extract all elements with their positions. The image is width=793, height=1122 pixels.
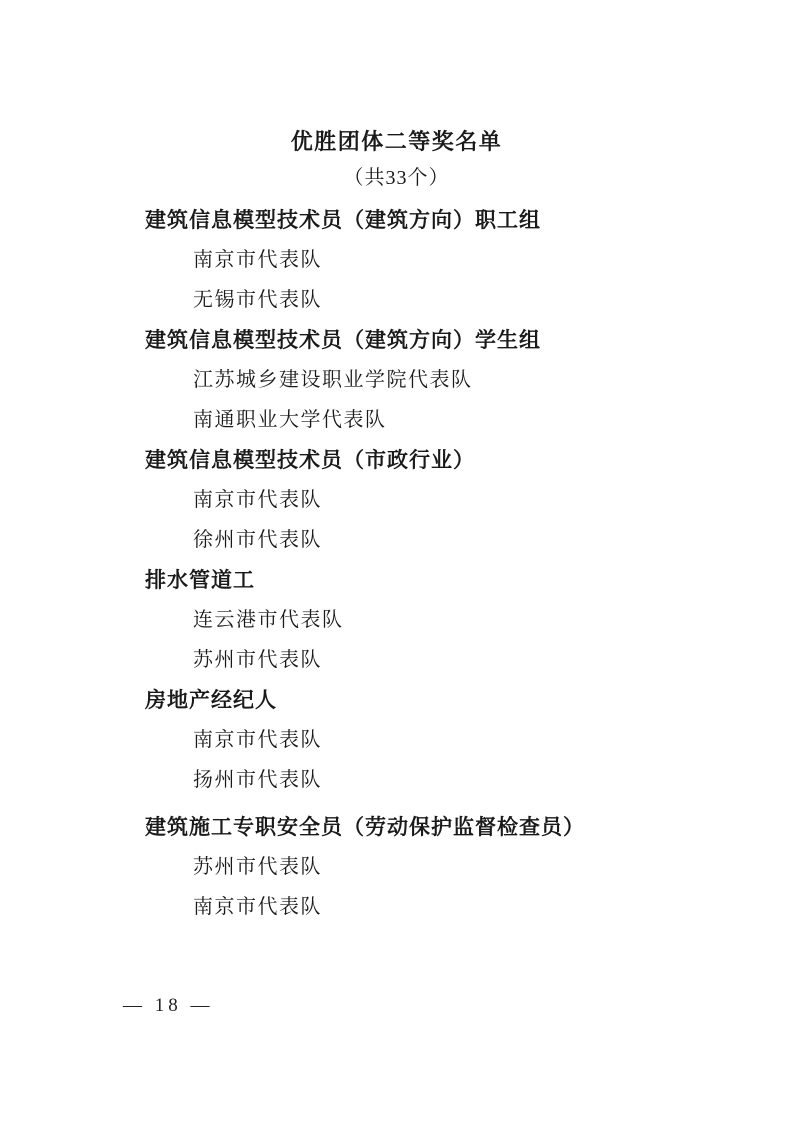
section-heading: 建筑施工专职安全员（劳动保护监督检查员）: [145, 807, 733, 847]
team-item: 徐州市代表队: [145, 520, 733, 560]
award-section: 建筑信息模型技术员（市政行业） 南京市代表队 徐州市代表队: [145, 440, 733, 560]
team-item: 苏州市代表队: [145, 640, 733, 680]
team-item: 南通职业大学代表队: [145, 400, 733, 440]
team-item: 南京市代表队: [145, 480, 733, 520]
team-item: 南京市代表队: [145, 887, 733, 927]
team-item: 扬州市代表队: [145, 760, 733, 800]
award-section: 建筑施工专职安全员（劳动保护监督检查员） 苏州市代表队 南京市代表队: [145, 807, 733, 927]
award-sections: 建筑信息模型技术员（建筑方向）职工组 南京市代表队 无锡市代表队 建筑信息模型技…: [0, 200, 793, 927]
page-subtitle: （共33个）: [0, 164, 793, 192]
page-title: 优胜团体二等奖名单: [0, 127, 793, 157]
section-heading: 房地产经纪人: [145, 680, 733, 720]
page-number: — 18 —: [123, 995, 214, 1017]
team-item: 南京市代表队: [145, 720, 733, 760]
section-heading: 建筑信息模型技术员（市政行业）: [145, 440, 733, 480]
award-section: 建筑信息模型技术员（建筑方向）学生组 江苏城乡建设职业学院代表队 南通职业大学代…: [145, 320, 733, 440]
section-heading: 排水管道工: [145, 560, 733, 600]
award-section: 房地产经纪人 南京市代表队 扬州市代表队: [145, 680, 733, 800]
team-item: 南京市代表队: [145, 240, 733, 280]
section-heading: 建筑信息模型技术员（建筑方向）职工组: [145, 200, 733, 240]
team-item: 江苏城乡建设职业学院代表队: [145, 360, 733, 400]
award-section: 建筑信息模型技术员（建筑方向）职工组 南京市代表队 无锡市代表队: [145, 200, 733, 320]
section-heading: 建筑信息模型技术员（建筑方向）学生组: [145, 320, 733, 360]
document-page: 优胜团体二等奖名单 （共33个） 建筑信息模型技术员（建筑方向）职工组 南京市代…: [0, 0, 793, 1122]
team-item: 苏州市代表队: [145, 847, 733, 887]
award-section: 排水管道工 连云港市代表队 苏州市代表队: [145, 560, 733, 680]
team-item: 无锡市代表队: [145, 280, 733, 320]
team-item: 连云港市代表队: [145, 600, 733, 640]
